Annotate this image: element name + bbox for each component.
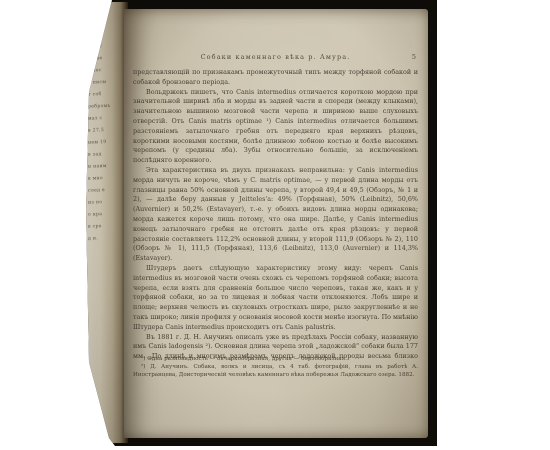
edge-text-fragment: мат с	[88, 115, 128, 121]
edge-text-fragment: о кра	[88, 211, 128, 217]
footnotes: ¹) Одна разновидность — овчаркообразная,…	[133, 356, 418, 380]
edge-text-fragment: д н.	[88, 235, 128, 241]
edge-text-fragment: из по	[88, 199, 128, 205]
left-page-edge: 7 + 44 а обл в н. № 1 с Шаве к вес а пис…	[86, 2, 128, 443]
edge-text-fragment: № 1 с	[88, 43, 128, 49]
paragraph: представляющій по признакамъ промежуточн…	[133, 68, 418, 88]
edge-text-fragment: т соб	[88, 91, 128, 97]
edge-text-fragment: в сре	[88, 223, 128, 229]
edge-text-fragment: Шаве	[88, 55, 128, 61]
edge-text-fragment: ребромъ	[88, 103, 128, 109]
paragraph: Вольдржекъ пишетъ, что Canis intermedius…	[133, 88, 418, 166]
edge-text-fragment: в н.	[88, 31, 128, 37]
edge-text-fragment: 7 + 44	[88, 7, 128, 13]
book-photo: 7 + 44 а обл в н. № 1 с Шаве к вес а пис…	[86, 0, 437, 446]
edge-text-fragment: след в	[88, 187, 128, 193]
page-content: Собаки каменнаго вѣка р. Амура. 5 предст…	[133, 9, 418, 438]
page-header: Собаки каменнаго вѣка р. Амура. 5	[133, 53, 418, 63]
edge-text-fragment: в 27,5	[88, 127, 128, 133]
body-text: представляющій по признакамъ промежуточн…	[133, 68, 418, 360]
book-page: Собаки каменнаго вѣка р. Амура. 5 предст…	[124, 9, 428, 438]
edge-text-fragment: и наим	[88, 163, 128, 169]
edge-text-fragment: в мно	[88, 175, 128, 181]
edge-text-fragment: к вес	[88, 67, 128, 73]
edge-text-fragment: нем 19	[88, 139, 128, 145]
screenshot-canvas: 7 + 44 а обл в н. № 1 с Шаве к вес а пис…	[0, 0, 550, 450]
footnote: ²) Д. Анучинъ. Собака, волкъ и лисица, с…	[133, 364, 418, 379]
page-number: 5	[412, 53, 416, 61]
running-title: Собаки каменнаго вѣка р. Амура.	[201, 53, 351, 61]
edge-text-fragment: а обл	[88, 19, 128, 25]
paragraph: Эта характеристика въ двухъ признакахъ н…	[133, 166, 418, 264]
footnote: ¹) Одна разновидность — овчаркообразная,…	[133, 356, 418, 363]
edge-text-fragment: а писм	[88, 79, 128, 85]
edge-text-fragment: в зад	[88, 151, 128, 157]
paragraph: Штудеръ даетъ слѣдующую характеристику э…	[133, 264, 418, 333]
